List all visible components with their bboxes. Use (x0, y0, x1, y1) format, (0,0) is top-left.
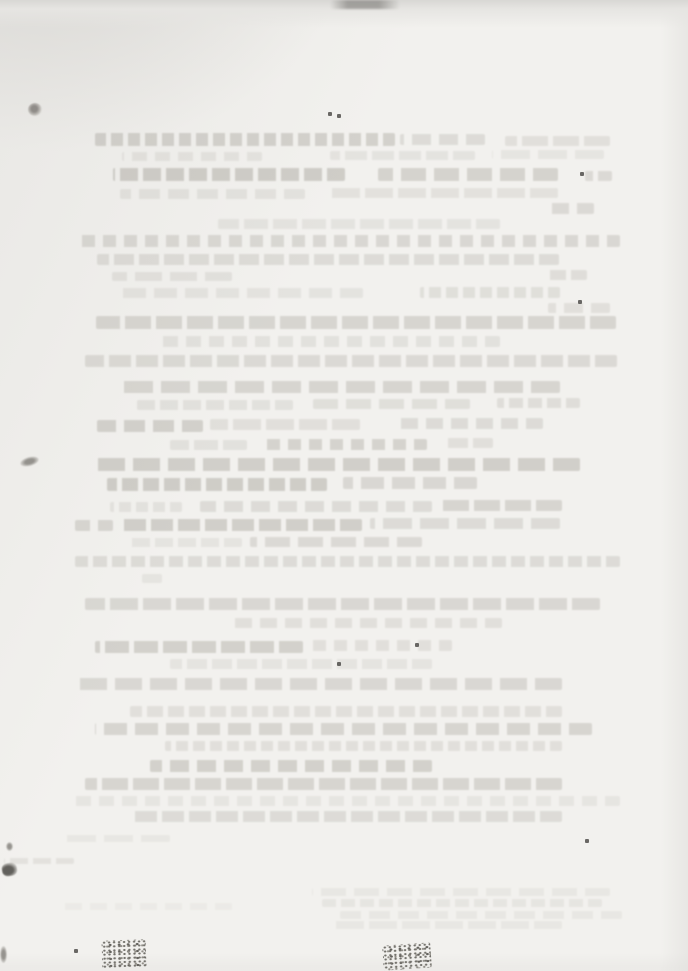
ink-smudge-mark (1, 862, 18, 877)
showthrough-line (250, 537, 422, 547)
showthrough-line (130, 538, 242, 547)
showthrough-line (230, 618, 502, 628)
showthrough-line (322, 899, 602, 907)
showthrough-line (170, 659, 432, 669)
showthrough-line (62, 903, 232, 910)
showthrough-line (142, 574, 162, 583)
showthrough-line (112, 272, 232, 281)
ink-speck (585, 839, 589, 843)
ink-speck (415, 643, 419, 647)
showthrough-line (370, 518, 560, 529)
showthrough-line (113, 168, 345, 181)
showthrough-line (107, 478, 327, 491)
showthrough-line (97, 458, 580, 471)
ink-speck (580, 172, 584, 176)
showthrough-line (443, 438, 493, 448)
showthrough-line (150, 760, 432, 772)
ink-speck (74, 949, 78, 953)
showthrough-line (160, 336, 500, 347)
showthrough-line (75, 796, 620, 806)
showthrough-line (218, 219, 500, 229)
showthrough-line (548, 303, 610, 313)
showthrough-line (110, 502, 182, 512)
showthrough-line (130, 706, 562, 717)
showthrough-line (120, 189, 305, 199)
showthrough-line (97, 254, 559, 265)
showthrough-line (96, 316, 616, 329)
showthrough-line (120, 288, 363, 298)
showthrough-line (200, 501, 432, 512)
showthrough-line (492, 150, 604, 159)
showthrough-line (400, 134, 485, 145)
showthrough-line (440, 500, 562, 511)
showthrough-line (85, 355, 617, 367)
showthrough-line (312, 888, 610, 896)
showthrough-line (165, 741, 562, 751)
scanned-page (0, 0, 688, 971)
showthrough-line (548, 203, 594, 214)
showthrough-line (420, 287, 560, 298)
showthrough-line (120, 519, 362, 531)
showthrough-line (122, 152, 262, 161)
showthrough-line (80, 235, 620, 247)
ink-stamp-smudge (382, 942, 432, 970)
showthrough-line (505, 136, 610, 146)
showthrough-line (117, 381, 560, 393)
showthrough-line (393, 418, 543, 429)
ink-smudge-mark (19, 455, 40, 469)
showthrough-line (95, 641, 303, 653)
showthrough-line (137, 400, 293, 410)
showthrough-line (330, 151, 475, 160)
showthrough-line (75, 678, 562, 690)
showthrough-line (332, 921, 562, 929)
showthrough-line (313, 399, 470, 409)
showthrough-line (330, 188, 558, 198)
ink-smudge-mark (0, 946, 7, 963)
showthrough-line (497, 398, 580, 408)
ink-smudge-mark (6, 842, 13, 851)
showthrough-line (60, 835, 170, 842)
showthrough-line (130, 811, 562, 822)
ink-speck (578, 300, 582, 304)
scan-edge-smudge (330, 0, 400, 9)
showthrough-line (260, 439, 427, 450)
showthrough-line (585, 171, 612, 181)
ink-speck (328, 112, 332, 116)
showthrough-line (95, 723, 592, 735)
showthrough-line (75, 556, 620, 567)
showthrough-line (310, 640, 452, 651)
showthrough-line (340, 911, 622, 919)
ink-speck (337, 662, 341, 666)
showthrough-line (85, 778, 562, 790)
showthrough-line (545, 270, 587, 280)
showthrough-line (170, 440, 247, 450)
showthrough-line (343, 477, 477, 489)
ink-speck (337, 114, 341, 118)
showthrough-line (85, 598, 600, 610)
showthrough-line (378, 168, 558, 181)
showthrough-line (97, 420, 203, 432)
showthrough-line (95, 133, 395, 146)
ink-stamp-smudge (102, 939, 147, 969)
ink-smudge-mark (28, 103, 42, 116)
showthrough-line (75, 520, 113, 531)
showthrough-line (210, 419, 360, 430)
